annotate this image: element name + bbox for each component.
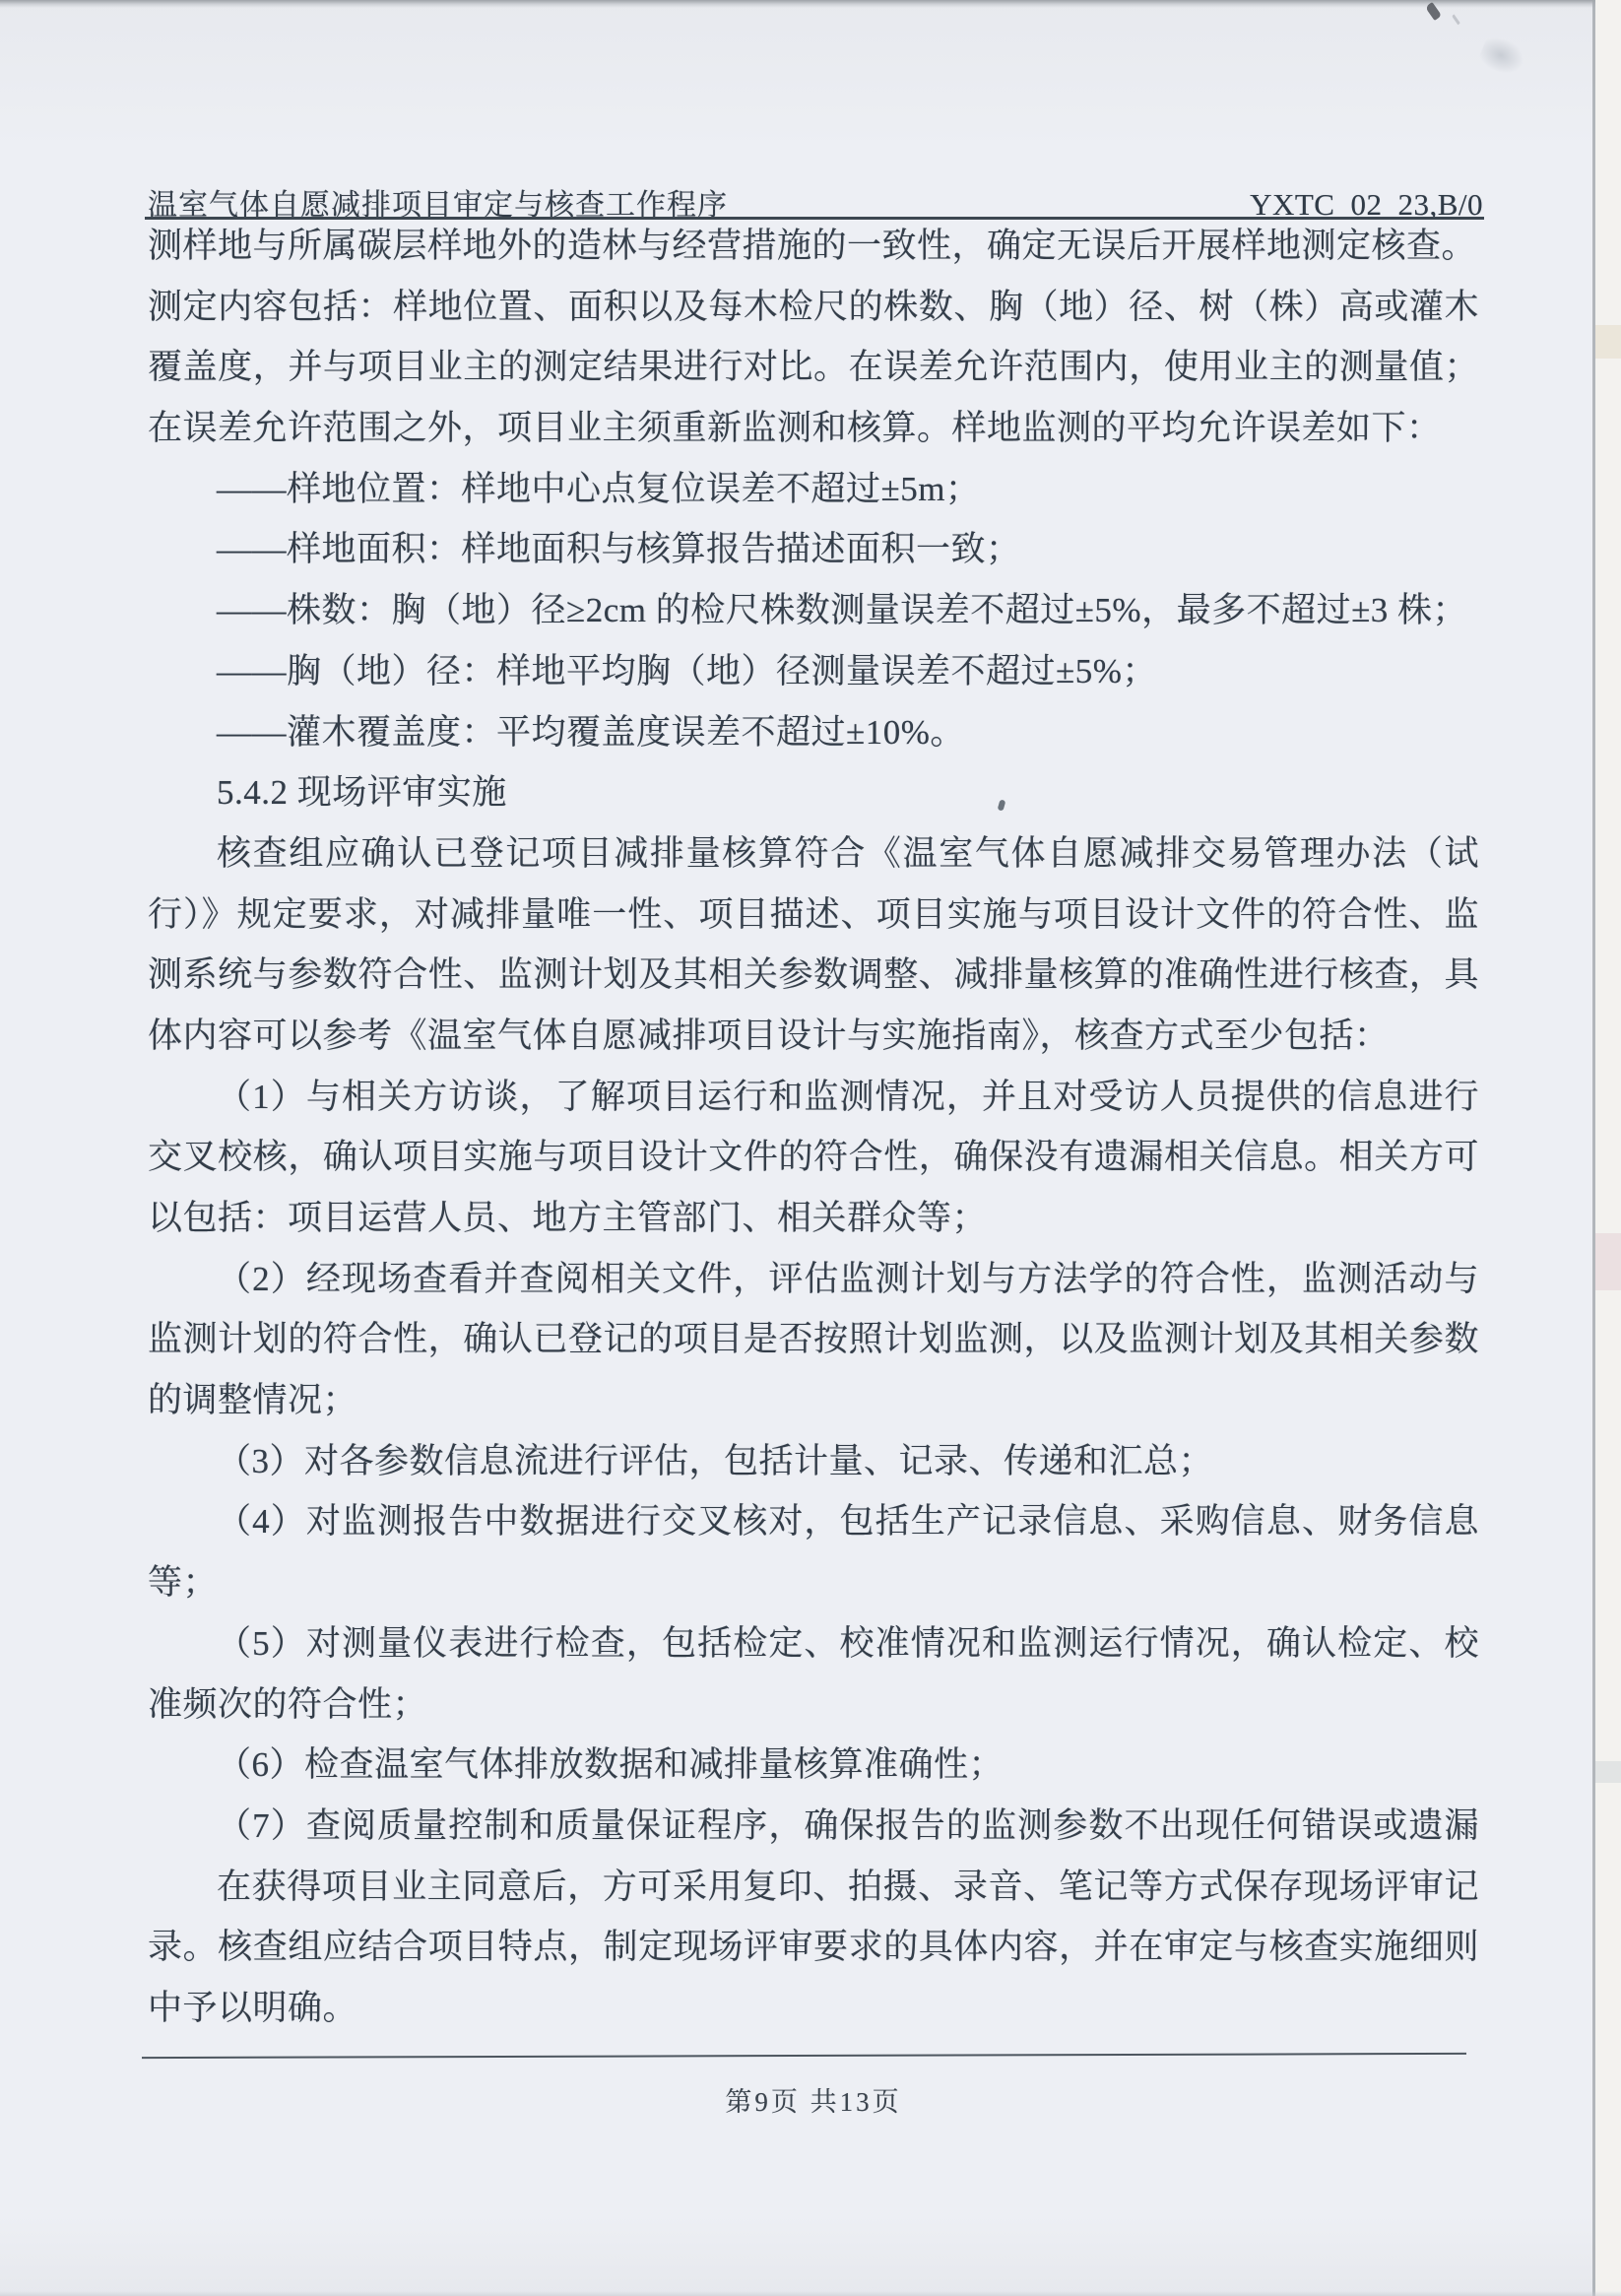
text-line: 5.4.2 现场评审实施 (148, 762, 1479, 823)
scan-streak (1595, 1761, 1621, 1783)
scan-streak (1595, 1233, 1621, 1290)
text-line: 体内容可以参考《温室气体自愿减排项目设计与实施指南》，核查方式至少包括： (148, 1006, 1479, 1067)
text-line: 覆盖度，并与项目业主的测定结果进行对比。在误差允许范围内，使用业主的测量值； (148, 337, 1479, 398)
text-line: 的调整情况； (148, 1370, 1479, 1431)
text-line: 中予以明确。 (148, 1978, 1479, 2039)
text-line: （1）与相关方访谈，了解项目运行和监测情况，并且对受访人员提供的信息进行 (148, 1067, 1479, 1128)
text-line: （3）对各参数信息流进行评估，包括计量、记录、传递和汇总； (148, 1431, 1479, 1492)
text-line: 核查组应确认已登记项目减排量核算符合《温室气体自愿减排交易管理办法（试 (148, 823, 1479, 885)
text-line: （6）检查温室气体排放数据和减排量核算准确性； (148, 1735, 1479, 1796)
scan-streak (1595, 325, 1621, 359)
text-line: ——灌木覆盖度：平均覆盖度误差不超过±10%。 (148, 702, 1479, 763)
text-line: 测系统与参数符合性、监测计划及其相关参数调整、减排量核算的准确性进行核查，具 (148, 945, 1479, 1006)
text-line: 在获得项目业主同意后，方可采用复印、拍摄、录音、笔记等方式保存现场评审记 (148, 1857, 1479, 1918)
text-line: （2）经现场查看并查阅相关文件，评估监测计划与方法学的符合性，监测活动与 (148, 1249, 1479, 1310)
body-lines: 测样地与所属碳层样地外的造林与经营措施的一致性，确定无误后开展样地测定核查。测定… (148, 216, 1479, 2039)
text-line: 测定内容包括：样地位置、面积以及每木检尺的株数、胸（地）径、树（株）高或灌木 (148, 277, 1479, 338)
scan-edge-top (0, 0, 1621, 8)
text-line: （7）查阅质量控制和质量保证程序，确保报告的监测参数不出现任何错误或遗漏 (148, 1796, 1479, 1857)
text-line: 准频次的符合性； (148, 1674, 1479, 1736)
text-line: ——样地面积：样地面积与核算报告描述面积一致； (148, 519, 1479, 580)
footer-page-label: 第9页 共13页 (725, 2087, 901, 2117)
text-line: 在误差允许范围之外，项目业主须重新监测和核算。样地监测的平均允许误差如下： (148, 398, 1479, 459)
footer-rule (142, 2053, 1466, 2059)
text-line: 交叉校核，确认项目实施与项目设计文件的符合性，确保没有遗漏相关信息。相关方可 (148, 1127, 1479, 1188)
text-line: 以包括：项目运营人员、地方主管部门、相关群众等； (148, 1188, 1479, 1249)
text-line: ——株数：胸（地）径≥2cm 的检尺株数测量误差不超过±5%，最多不超过±3 株… (148, 580, 1479, 641)
text-line: 测样地与所属碳层样地外的造林与经营措施的一致性，确定无误后开展样地测定核查。 (148, 216, 1479, 277)
text-line: 录。核查组应结合项目特点，制定现场评审要求的具体内容，并在审定与核查实施细则 (148, 1917, 1479, 1978)
text-line: ——胸（地）径：样地平均胸（地）径测量误差不超过±5%； (148, 641, 1479, 702)
text-line: 等； (148, 1552, 1479, 1613)
scan-edge-bottom (0, 2291, 1621, 2296)
text-line: （4）对监测报告中数据进行交叉核对，包括生产记录信息、采购信息、财务信息 (148, 1491, 1479, 1552)
text-line: 行）》规定要求，对减排量唯一性、项目描述、项目实施与项目设计文件的符合性、监 (148, 885, 1479, 946)
text-line: 监测计划的符合性，确认已登记的项目是否按照计划监测，以及监测计划及其相关参数 (148, 1309, 1479, 1370)
text-line: （5）对测量仪表进行检查，包括检定、校准情况和监测运行情况，确认检定、校 (148, 1613, 1479, 1674)
scanned-page: 温室气体自愿减排项目审定与核查工作程序 YXTC_02_23,B/0 测样地与所… (0, 0, 1621, 2296)
scan-artifact-smudge (1476, 33, 1529, 80)
document-footer: 第9页 共13页 (148, 2080, 1479, 2119)
text-line: ——样地位置：样地中心点复位误差不超过±5m； (148, 459, 1479, 520)
